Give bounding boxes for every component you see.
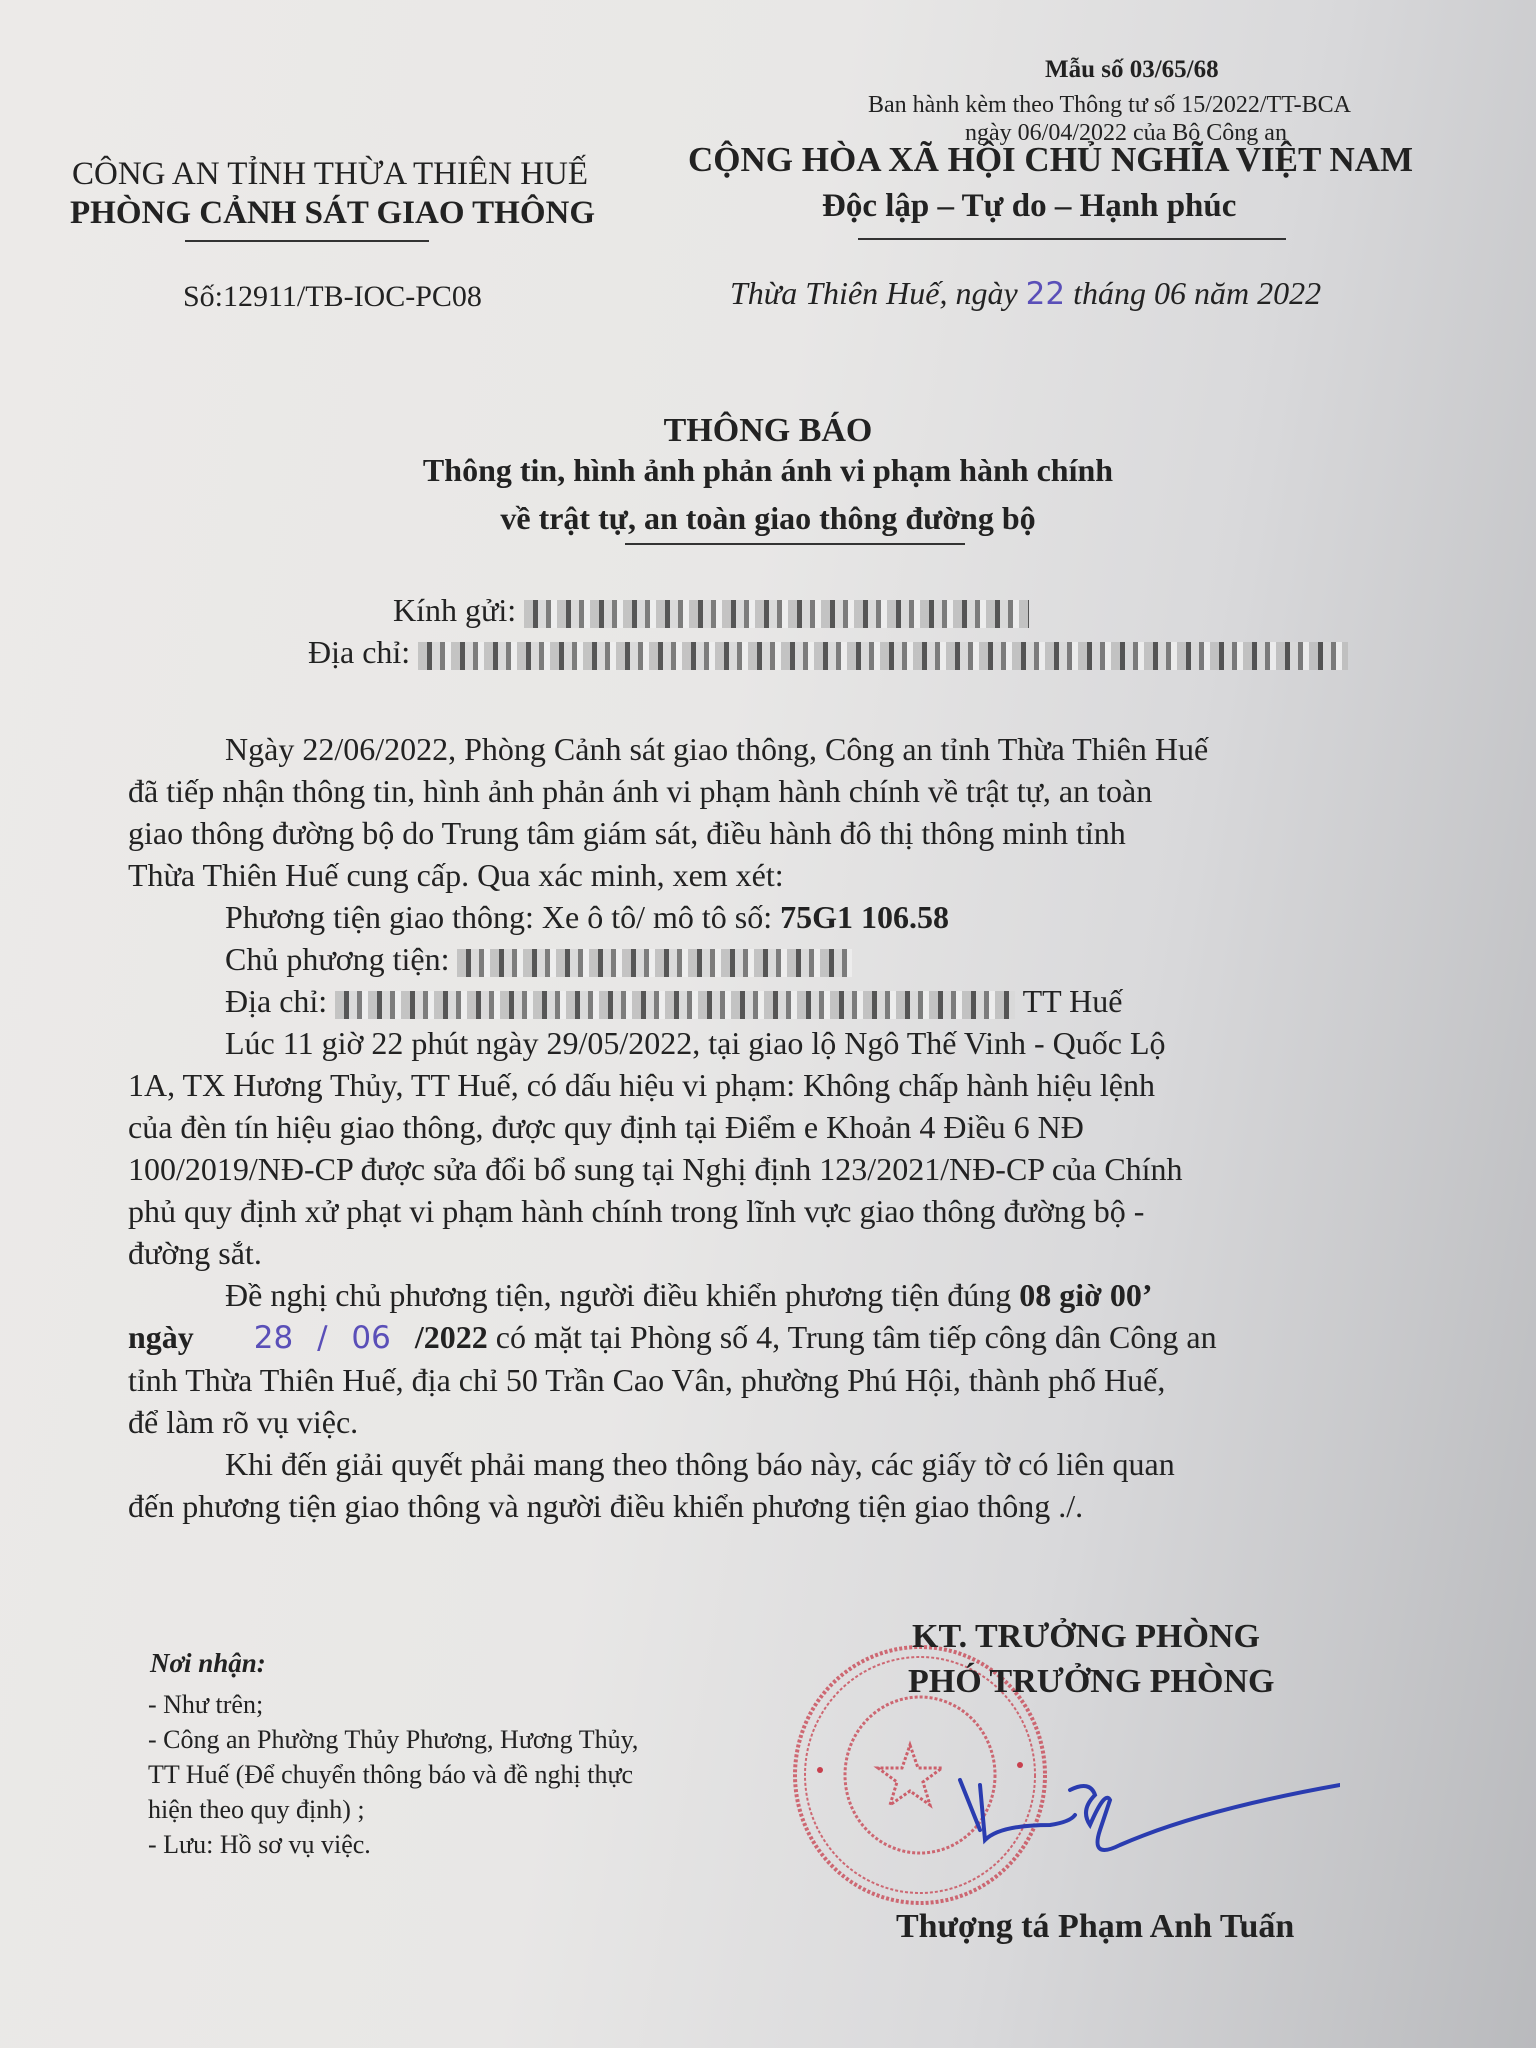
- para1-line: Thừa Thiên Huế cung cấp. Qua xác minh, x…: [128, 854, 1458, 896]
- addressee-address: Địa chỉ:: [308, 634, 1348, 671]
- para1-line: đã tiếp nhận thông tin, hình ảnh phản án…: [128, 770, 1458, 812]
- owner-line: Chủ phương tiện:: [128, 938, 1458, 980]
- addressee-recipient: Kính gửi:: [393, 592, 1029, 629]
- subtitle-underline: [625, 543, 965, 545]
- appointment-year: /2022: [415, 1319, 488, 1355]
- recipients-title: Nơi nhận:: [150, 1648, 266, 1679]
- form-number: Mẫu số 03/65/68: [1045, 56, 1219, 84]
- recipient-item: TT Huế (Để chuyển thông báo và đề nghị t…: [148, 1760, 633, 1790]
- para2-line: 1A, TX Hương Thủy, TT Huế, có dấu hiệu v…: [128, 1064, 1458, 1106]
- vehicle-label: Phương tiện giao thông: Xe ô tô/ mô tô s…: [225, 899, 780, 935]
- handwritten-appointment-day: 28: [254, 1320, 293, 1356]
- agency-underline: [185, 240, 429, 242]
- para3-line4: để làm rõ vụ việc.: [128, 1401, 1458, 1443]
- redacted-address: [418, 642, 1348, 670]
- recipient-item: - Lưu: Hồ sơ vụ việc.: [148, 1830, 371, 1860]
- appointment-time: 08 giờ 00’: [1019, 1277, 1152, 1313]
- para2-line: phủ quy định xử phạt vi phạm hành chính …: [128, 1190, 1458, 1232]
- para1-line: giao thông đường bộ do Trung tâm giám sá…: [128, 812, 1458, 854]
- redacted-owner-address: [335, 991, 1015, 1019]
- document-date: Thừa Thiên Huế, ngày 22 tháng 06 năm 202…: [730, 275, 1321, 312]
- handwritten-signature-icon: [940, 1770, 1340, 1890]
- owner-label: Chủ phương tiện:: [225, 941, 457, 977]
- country-name: CỘNG HÒA XÃ HỘI CHỦ NGHĨA VIỆT NAM: [688, 140, 1413, 180]
- para4-line1: Khi đến giải quyết phải mang theo thông …: [128, 1443, 1458, 1485]
- handwritten-appointment-month: 06: [351, 1320, 390, 1356]
- date-prefix: Thừa Thiên Huế, ngày: [730, 275, 1026, 311]
- document-subtitle-line2: về trật tự, an toàn giao thông đường bộ: [0, 500, 1536, 537]
- para2-line: đường sắt.: [128, 1232, 1458, 1274]
- para2-line: Lúc 11 giờ 22 phút ngày 29/05/2022, tại …: [128, 1022, 1458, 1064]
- recipient-item: hiện theo quy định) ;: [148, 1795, 365, 1825]
- para3-line2: ngày28 / 06/2022 có mặt tại Phòng số 4, …: [128, 1316, 1458, 1359]
- handwritten-day: 22: [1026, 276, 1065, 312]
- para3-line3: tỉnh Thừa Thiên Huế, địa chỉ 50 Trần Cao…: [128, 1359, 1458, 1401]
- signer-name: Thượng tá Phạm Anh Tuấn: [896, 1908, 1294, 1946]
- owner-address-suffix: TT Huế: [1015, 983, 1122, 1019]
- para3-rest: có mặt tại Phòng số 4, Trung tâm tiếp cô…: [488, 1319, 1217, 1355]
- owner-address-label: Địa chỉ:: [225, 983, 335, 1019]
- motto-underline: [858, 238, 1286, 240]
- recipient-item: - Công an Phường Thủy Phương, Hương Thủy…: [148, 1725, 638, 1755]
- address-label: Địa chỉ:: [308, 634, 418, 670]
- document-title: THÔNG BÁO: [0, 412, 1536, 450]
- date-suffix: tháng 06 năm 2022: [1065, 275, 1321, 311]
- national-motto: Độc lập – Tự do – Hạnh phúc: [822, 188, 1236, 225]
- para4-line2: đến phương tiện giao thông và người điều…: [128, 1485, 1458, 1527]
- form-issued-with: Ban hành kèm theo Thông tư số 15/2022/TT…: [868, 92, 1351, 119]
- appointment-ngay-label: ngày: [128, 1319, 194, 1355]
- signature-title-line1: KT. TRƯỞNG PHÒNG: [912, 1618, 1260, 1656]
- recipient-item: - Như trên;: [148, 1690, 263, 1720]
- owner-address-line: Địa chỉ: TT Huế: [128, 980, 1458, 1022]
- agency-parent: CÔNG AN TỈNH THỪA THIÊN HUẾ: [72, 156, 588, 193]
- body-paragraph-1: Ngày 22/06/2022, Phòng Cảnh sát giao thô…: [128, 728, 1458, 1527]
- vehicle-plate: 75G1 106.58: [780, 899, 949, 935]
- agency-department: PHÒNG CẢNH SÁT GIAO THÔNG: [70, 195, 595, 232]
- para2-line: 100/2019/NĐ-CP được sửa đổi bổ sung tại …: [128, 1148, 1458, 1190]
- document-number: Số:12911/TB-IOC-PC08: [183, 280, 482, 314]
- para2-line: của đèn tín hiệu giao thông, được quy đị…: [128, 1106, 1458, 1148]
- document-page: Mẫu số 03/65/68 Ban hành kèm theo Thông …: [0, 0, 1536, 2048]
- vehicle-line: Phương tiện giao thông: Xe ô tô/ mô tô s…: [128, 896, 1458, 938]
- para3-line1: Đề nghị chủ phương tiện, người điều khiể…: [128, 1274, 1458, 1316]
- signature-title-line2: PHÓ TRƯỞNG PHÒNG: [908, 1663, 1274, 1701]
- redacted-recipient: [524, 600, 1029, 628]
- para3-text: Đề nghị chủ phương tiện, người điều khiể…: [225, 1277, 1019, 1313]
- redacted-owner: [457, 949, 852, 977]
- para1-line: Ngày 22/06/2022, Phòng Cảnh sát giao thô…: [128, 728, 1458, 770]
- recipient-label: Kính gửi:: [393, 592, 524, 628]
- document-subtitle-line1: Thông tin, hình ảnh phản ánh vi phạm hàn…: [0, 452, 1536, 489]
